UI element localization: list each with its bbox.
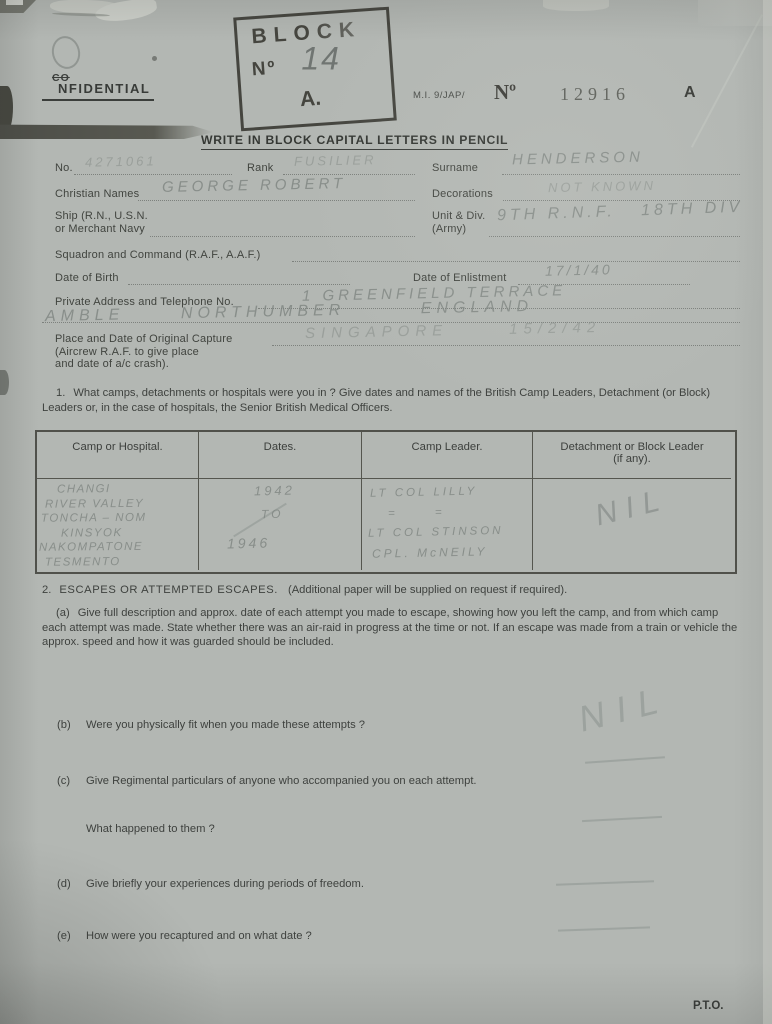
question-2d-label: (d): [57, 878, 86, 890]
field-label-no: No.: [55, 162, 73, 174]
question-2-note: (Additional paper will be supplied on re…: [288, 584, 567, 596]
camp-table-cell-camps: CHANGI RIVER VALLEY TONCHA – NOM KINSYOK…: [37, 478, 199, 570]
form-instruction: WRITE IN BLOCK CAPITAL LETTERS IN PENCIL: [201, 133, 508, 150]
camp-entry: CHANGI: [57, 481, 198, 497]
camp-table: Camp or Hospital. Dates. Camp Leader. De…: [35, 430, 737, 574]
question-2c: (c)Give Regimental particulars of anyone…: [57, 775, 477, 787]
question-2b-answer: NIL: [574, 677, 673, 740]
field-value-unit: 9TH R.N.F. 18TH DIV: [497, 199, 744, 226]
question-2e-text: How were you recaptured and on what date…: [86, 930, 312, 942]
dates-entry-from: 1942: [254, 483, 295, 499]
field-label-ship-2: or Merchant Navy: [55, 223, 145, 235]
pencil-dash-answer: [558, 926, 650, 931]
field-label-decorations: Decorations: [432, 188, 493, 200]
edge-smudge: [0, 370, 9, 395]
field-value-enlistment: 17/1/40: [545, 261, 613, 278]
question-2c-text: Give Regimental particulars of anyone wh…: [86, 775, 477, 787]
question-2a: (a)Give full description and approx. dat…: [42, 606, 742, 650]
torn-paper-patch: [698, 0, 772, 26]
field-label-christian-names: Christian Names: [55, 188, 139, 200]
field-label-enlistment: Date of Enlistment: [413, 272, 506, 284]
block-leader-entry: NIL: [592, 483, 672, 534]
question-2b: (b)Were you physically fit when you made…: [57, 719, 365, 731]
field-value-surname: HENDERSON: [512, 149, 644, 169]
question-2c2: What happened to them ?: [86, 823, 215, 835]
field-label-squadron: Squadron and Command (R.A.F., A.A.F.): [55, 249, 261, 261]
field-value-decorations: NOT KNOWN: [548, 178, 656, 195]
question-1-number: 1.: [56, 387, 65, 399]
pencil-dash-answer: [582, 816, 662, 822]
field-value-rank: FUSILIER: [294, 152, 377, 169]
question-2-number: 2.: [42, 584, 51, 596]
torn-paper-patch: [50, 0, 122, 15]
field-line-unit: [489, 224, 740, 237]
paper-crease: [691, 14, 763, 147]
page-turn-over-label: P.T.O.: [693, 1000, 723, 1012]
camp-table-cell-dates: 1942 TO 1946: [199, 478, 362, 570]
question-1-text: What camps, detachments or hospitals wer…: [42, 387, 710, 414]
camp-table-header-leader: Camp Leader.: [362, 432, 533, 478]
right-edge-highlight: [763, 0, 772, 1024]
pow-questionnaire-page: { "header": { "confidential_co": "CO", "…: [0, 0, 772, 1024]
field-label-surname: Surname: [432, 162, 478, 174]
camp-entry: TONCHA – NOM: [41, 510, 198, 526]
confidential-marking: CO NFIDENTIAL: [42, 72, 154, 101]
confidential-text: NFIDENTIAL: [58, 81, 150, 96]
series-letter: A: [684, 84, 696, 102]
camp-table-cell-block-leader: NIL: [533, 478, 731, 570]
pencil-ring-mark: [48, 33, 83, 72]
torn-paper-patch: [543, 0, 609, 11]
stamp-no-label: Nº: [251, 58, 277, 82]
camp-entry: KINSYOK: [61, 525, 198, 541]
paper-speck: [152, 56, 157, 61]
mi9-reference: M.I. 9/JAP/: [413, 90, 465, 101]
ink-blotch: [0, 86, 13, 133]
question-2d-text: Give briefly your experiences during per…: [86, 878, 364, 890]
camp-table-header-block-leader: Detachment or Block Leader (if any).: [533, 432, 731, 478]
field-label-rank: Rank: [247, 162, 273, 174]
question-2c-label: (c): [57, 775, 86, 787]
corner-tear-highlight: [6, 0, 23, 5]
question-1: 1.What camps, detachments or hospitals w…: [42, 386, 742, 415]
field-label-capture-note-2: and date of a/c crash).: [55, 358, 169, 370]
question-2a-label: (a): [56, 607, 70, 619]
question-2b-text: Were you physically fit when you made th…: [86, 719, 365, 731]
pencil-dash-answer: [556, 880, 654, 885]
question-2a-text: Give full description and approx. date o…: [42, 607, 737, 648]
field-label-unit-2: (Army): [432, 223, 466, 235]
dates-entry-to: TO: [261, 507, 284, 521]
question-2d: (d)Give briefly your experiences during …: [57, 878, 364, 890]
field-label-capture: Place and Date of Original Capture: [55, 333, 232, 345]
field-line-dob: [128, 272, 350, 285]
question-2e-label: (e): [57, 930, 86, 942]
leader-entry: CPL. McNEILY: [372, 540, 542, 564]
case-no-symbol: Nº: [494, 80, 516, 105]
block-number-stamp: BLOCK Nº 14 A.: [233, 7, 397, 132]
field-label-dob: Date of Birth: [55, 272, 119, 284]
pencil-dash-answer: [585, 756, 665, 764]
question-2c2-text: What happened to them ?: [86, 823, 215, 835]
case-number: 12916: [560, 84, 630, 105]
torn-paper-shadow: [52, 12, 110, 17]
question-2b-label: (b): [57, 719, 86, 731]
field-label-capture-note-1: (Aircrew R.A.F. to give place: [55, 346, 199, 358]
camp-entry: TESMENTO: [45, 554, 198, 570]
field-value-no: 4271061: [85, 153, 157, 169]
dates-entry-until: 1946: [227, 535, 270, 552]
question-2e: (e)How were you recaptured and on what d…: [57, 930, 312, 942]
stamp-block-number-handwritten: 14: [301, 41, 341, 78]
field-line-ship: [150, 224, 415, 237]
stamp-letter: A.: [299, 87, 322, 112]
torn-paper-patch: [94, 0, 158, 25]
field-label-ship-1: Ship (R.N., U.S.N.: [55, 210, 148, 222]
camp-table-header-dates: Dates.: [199, 432, 362, 478]
question-2-heading: 2.ESCAPES OR ATTEMPTED ESCAPES.(Addition…: [42, 583, 742, 598]
camp-table-header-camp: Camp or Hospital.: [37, 432, 199, 478]
field-line-squadron: [292, 249, 740, 262]
field-label-unit-1: Unit & Div.: [432, 210, 485, 222]
question-2-title: ESCAPES OR ATTEMPTED ESCAPES.: [59, 584, 278, 596]
camp-entry: RIVER VALLEY: [45, 496, 198, 512]
camp-table-cell-leaders: LT COL LILLY = = LT COL STINSON CPL. McN…: [362, 478, 533, 570]
camp-entry: NAKOMPATONE: [39, 539, 198, 555]
corner-tear: [0, 0, 36, 13]
tape-shadow: [0, 124, 214, 139]
